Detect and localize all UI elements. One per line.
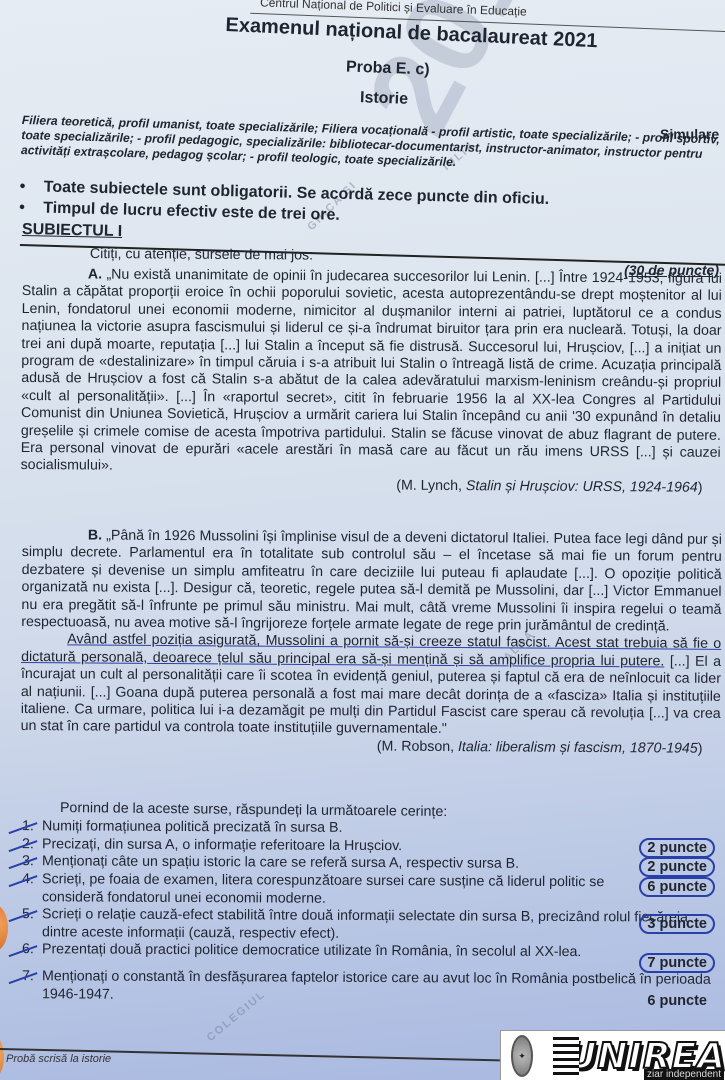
exam-page: 2015 IULIA GHICA ȘI ALBA COLEGIUL Centru… <box>0 0 725 1080</box>
source-a: A. „Nu există unanimitate de opinii în j… <box>20 266 722 497</box>
points-badge: 2 puncte <box>639 857 715 877</box>
source-b: B. „Până în 1926 Mussolini își împlinise… <box>20 527 722 758</box>
newspaper-logo: ✦ UNIREA ziar independent <box>500 1030 725 1080</box>
points-badge: 2 puncte <box>639 838 715 858</box>
question-item: 6.Prezentați două practici politice demo… <box>22 941 722 962</box>
exam-proba: Proba E. c) <box>346 59 430 80</box>
source-a-text: „Nu există unanimitate de opinii în jude… <box>21 267 722 475</box>
source-b-citation: (M. Robson, Italia: liberalism și fascis… <box>20 736 720 758</box>
question-item: 5.Scrieți o relație cauză-efect stabilit… <box>22 906 722 945</box>
finger-photo <box>0 905 8 951</box>
filiera-description: Filiera teoretică, profil umanist, toate… <box>21 113 725 178</box>
points-badge: 6 puncte <box>639 877 715 897</box>
source-a-citation: (M. Lynch, Stalin și Hrușciov: URSS, 192… <box>20 475 720 497</box>
footer-text: Probă scrisă la istorie <box>6 1053 111 1065</box>
source-b-label: B. <box>88 527 102 543</box>
points-badge: 3 puncte <box>639 914 715 934</box>
section-title: SUBIECTUL I <box>22 221 123 241</box>
question-item: 7.Menționați o constantă în desfășurarea… <box>22 968 722 1007</box>
seal-icon: ✦ <box>511 1035 533 1077</box>
source-b-underlined: Având astfel poziția asigurată, Mussolin… <box>21 632 721 670</box>
institution-name: Centrul Național de Politici și Evaluare… <box>260 0 527 19</box>
question-item: 4.Scrieți, pe foaia de examen, litera co… <box>22 871 722 910</box>
points-badge: 7 puncte <box>639 953 715 973</box>
logo-stripes <box>553 1037 579 1075</box>
source-a-label: A. <box>88 266 102 282</box>
questions-list: 1.Numiți formațiunea politică precizată … <box>22 820 722 1005</box>
logo-tagline: ziar independent <box>644 1069 724 1080</box>
finger-photo <box>0 1035 4 1079</box>
source-b-text: „Până în 1926 Mussolini își împlinise vi… <box>21 528 722 635</box>
points-badge: 6 puncte <box>639 991 715 1011</box>
exam-subject: Istorie <box>360 89 409 109</box>
questions-intro: Pornind de la aceste surse, răspundeți l… <box>60 800 447 820</box>
